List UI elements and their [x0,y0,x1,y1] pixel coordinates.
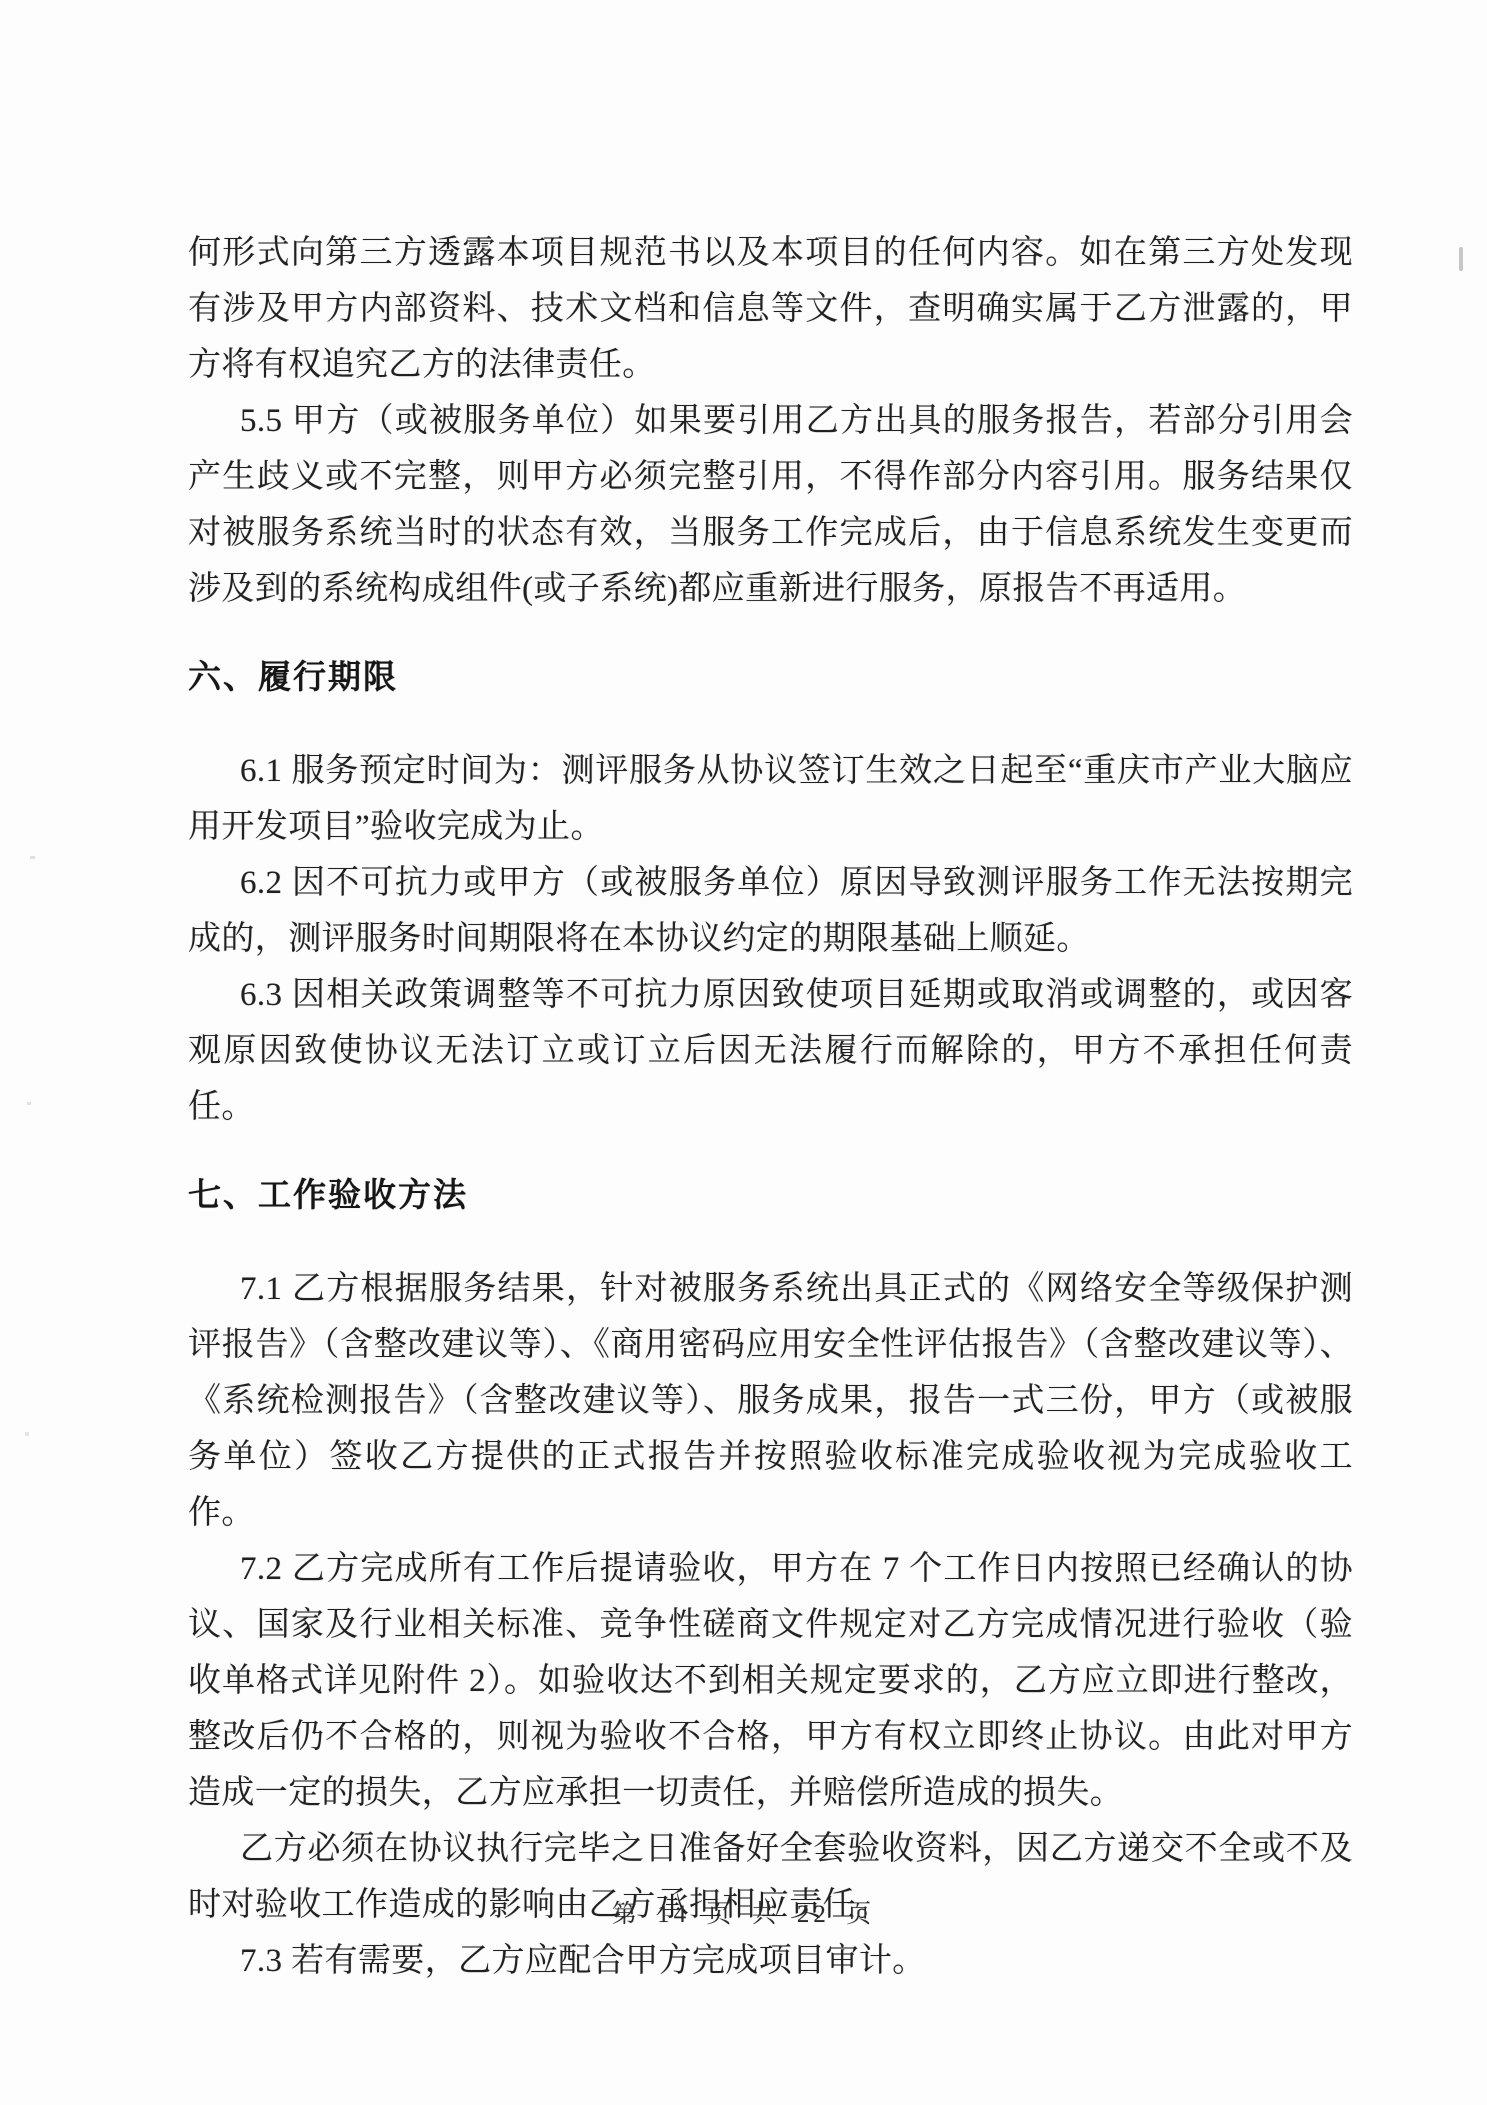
scan-artifact [27,1102,31,1105]
paragraph-clause-7-2: 7.2 乙方完成所有工作后提请验收，甲方在 7 个工作日内按照已经确认的协议、国… [188,1541,1353,1821]
scan-artifact [1459,247,1463,271]
paragraph-clause-5-5: 5.5 甲方（或被服务单位）如果要引用乙方出具的服务报告，若部分引用会产生歧义或… [188,393,1353,617]
scan-artifact [30,856,35,859]
paragraph-clause-6-2: 6.2 因不可抗力或甲方（或被服务单位）原因导致测评服务工作无法按期完成的，测评… [188,855,1353,967]
paragraph-clause-7-1: 7.1 乙方根据服务结果，针对被服务系统出具正式的《网络安全等级保护测评报告》（… [188,1261,1353,1541]
scanned-contract-page: 何形式向第三方透露本项目规范书以及本项目的任何内容。如在第三方处发现有涉及甲方内… [0,0,1487,2105]
paragraph-confidentiality-continued: 何形式向第三方透露本项目规范书以及本项目的任何内容。如在第三方处发现有涉及甲方内… [188,225,1353,393]
paragraph-clause-6-1: 6.1 服务预定时间为：测评服务从协议签订生效之日起至“重庆市产业大脑应用开发项… [188,743,1353,855]
section-heading-performance-period: 六、履行期限 [188,649,1353,705]
paragraph-clause-6-3: 6.3 因相关政策调整等不可抗力原因致使项目延期或取消或调整的，或因客观原因致使… [188,967,1353,1135]
paragraph-clause-7-3: 7.3 若有需要，乙方应配合甲方完成项目审计。 [188,1933,1353,1989]
document-body: 何形式向第三方透露本项目规范书以及本项目的任何内容。如在第三方处发现有涉及甲方内… [188,225,1353,1989]
page-footer: 第 14 页 共 22 页 [0,1894,1487,1930]
scan-artifact [25,1432,29,1436]
section-heading-acceptance-method: 七、工作验收方法 [188,1167,1353,1223]
